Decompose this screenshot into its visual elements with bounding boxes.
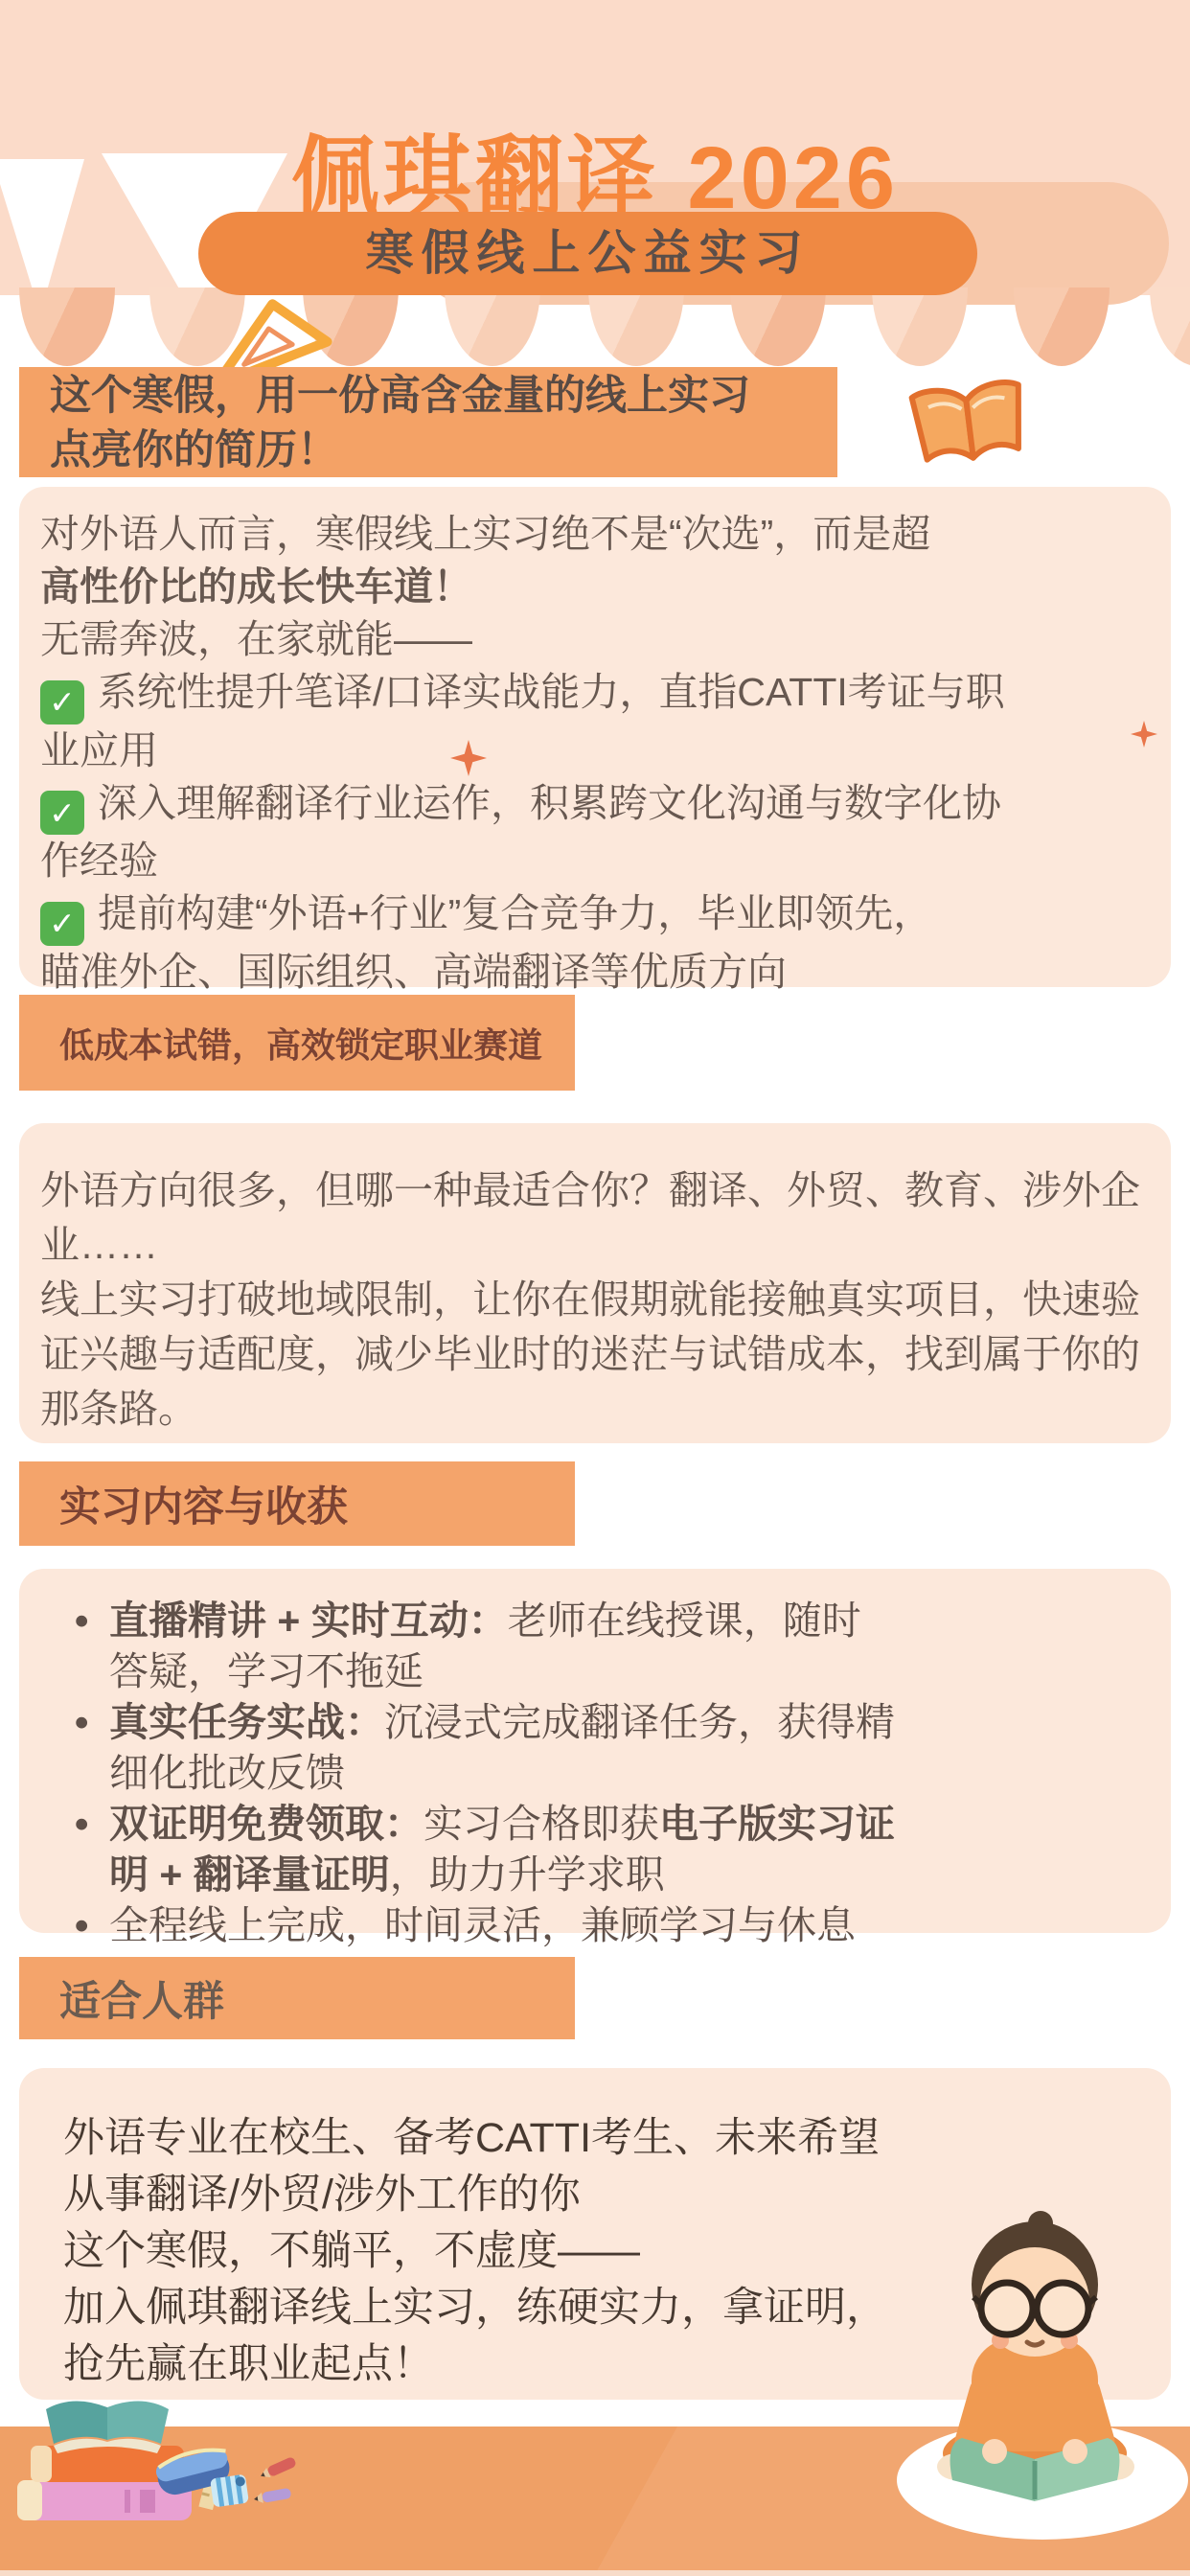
text-segment: 直播精讲 + 实时互动：老师在线授课，随时 <box>109 1596 861 1646</box>
text-line: 线上实习打破地域限制，让你在假期就能接触真实项目，快速验 <box>40 1273 1156 1327</box>
scallop-decoration <box>1150 287 1190 366</box>
text-line: 业…… <box>40 1218 1156 1273</box>
career-banner: 低成本试错，高效锁定职业赛道 <box>19 995 575 1091</box>
internship-panel: • 直播精讲 + 实时互动：老师在线授课，随时 答疑，学习不拖延 • 真实任务实… <box>19 1569 1171 1933</box>
text-line: 无需奔波，在家就能—— <box>40 613 1156 666</box>
scallop-decoration <box>19 287 115 366</box>
scallop-decoration <box>872 287 968 366</box>
check-icon: ✓ <box>40 791 84 835</box>
text-line: ✓系统性提升笔译/口译实战能力，直指CATTI考证与职 <box>40 666 1156 724</box>
audience-banner-label: 适合人群 <box>59 1969 224 2028</box>
reading-boy-illustration <box>881 2196 1188 2541</box>
hook-line: 点亮你的简历！ <box>50 424 837 478</box>
text-segment: 系统性提升笔译/口译实战能力，直指CATTI考证与职 <box>98 670 1005 714</box>
text-segment: 提前构建“外语+行业”复合竞争力，毕业即领先， <box>98 891 932 935</box>
poster-page: 佩琪翻译 2026 寒假线上公益实习 这个寒假，用一份高含金量的线上实习 点亮你… <box>0 0 1190 2576</box>
text-segment: 深入理解翻译行业运作，积累跨文化沟通与数字化协 <box>98 781 1001 825</box>
bullet-dot: • <box>75 1697 109 1748</box>
bullet-line: • 直播精讲 + 实时互动：老师在线授课，随时 <box>75 1596 1159 1646</box>
text-line: 高性价比的成长快车道！ <box>40 561 1156 613</box>
pencil-illustration <box>257 2457 301 2482</box>
text-segment: 双证明免费领取： <box>109 1802 423 1846</box>
text-segment: 真实任务实战： <box>109 1700 384 1744</box>
internship-banner-label: 实习内容与收获 <box>59 1475 348 1533</box>
text-line: 外语专业在校生、备考CATTI考生、未来希望 <box>63 2110 1154 2167</box>
pencil-illustration <box>251 2486 295 2509</box>
career-banner-label: 低成本试错，高效锁定职业赛道 <box>59 1019 542 1068</box>
text-segment: ，助力升学求职 <box>390 1852 665 1897</box>
text-line: ✓提前构建“外语+行业”复合竞争力，毕业即领先， <box>40 887 1156 946</box>
text-line: 细化批改反馈 <box>75 1748 1159 1799</box>
text-line: 对外语人而言，寒假线上实习绝不是“次选”，而是超 <box>40 508 1156 561</box>
check-icon: ✓ <box>40 680 84 724</box>
text-segment: 沉浸式完成翻译任务，获得精 <box>384 1700 895 1744</box>
bullet-line: • 双证明免费领取：实习合格即获电子版实习证 <box>75 1799 1159 1850</box>
bullet-line: • 全程线上完成，时间灵活，兼顾学习与休息 <box>75 1900 1159 1951</box>
sparkle-icon <box>1131 721 1157 747</box>
text-segment: 明 + 翻译量证明 <box>109 1852 390 1897</box>
bullet-line: • 真实任务实战：沉浸式完成翻译任务，获得精 <box>75 1697 1159 1748</box>
open-book-icon <box>906 378 1033 479</box>
sparkle-icon <box>450 740 487 776</box>
bullet-dot: • <box>75 1900 109 1951</box>
event-pill-label: 寒假线上公益实习 <box>366 226 811 280</box>
text-line: 答疑，学习不拖延 <box>75 1646 1159 1697</box>
check-icon: ✓ <box>40 902 84 946</box>
event-pill: 寒假线上公益实习 <box>198 212 977 295</box>
text-segment: 老师在线授课，随时 <box>508 1598 861 1643</box>
text-segment: 双证明免费领取：实习合格即获电子版实习证 <box>109 1799 895 1850</box>
text-segment: 真实任务实战：沉浸式完成翻译任务，获得精 <box>109 1697 895 1748</box>
text-line: 证兴趣与适配度，减少毕业时的迷茫与试错成本，找到属于你的 <box>40 1327 1156 1382</box>
text-line: 瞄准外企、国际组织、高端翻译等优质方向 <box>40 946 1156 999</box>
internship-banner: 实习内容与收获 <box>19 1461 575 1546</box>
bullet-dot: • <box>75 1596 109 1646</box>
text-line: 外语方向很多，但哪一种最适合你？翻译、外贸、教育、涉外企 <box>40 1163 1156 1218</box>
text-segment: 直播精讲 + 实时互动： <box>109 1598 508 1643</box>
career-panel: 外语方向很多，但哪一种最适合你？翻译、外贸、教育、涉外企 业…… 线上实习打破地… <box>19 1123 1171 1443</box>
text-line: 那条路。 <box>40 1382 1156 1437</box>
text-line: ✓深入理解翻译行业运作，积累跨文化沟通与数字化协 <box>40 777 1156 836</box>
hook-line: 这个寒假，用一份高含金量的线上实习 <box>50 369 837 424</box>
scallop-decoration <box>588 287 684 366</box>
sharpener-illustration <box>209 2471 251 2511</box>
text-segment: 电子版实习证 <box>659 1802 895 1846</box>
scallop-decoration <box>445 287 540 366</box>
bottom-strip <box>0 2570 1190 2576</box>
text-line: 业应用 <box>40 724 1156 777</box>
intro-panel: 对外语人而言，寒假线上实习绝不是“次选”，而是超 高性价比的成长快车道！ 无需奔… <box>19 487 1171 987</box>
text-segment: 实习合格即获 <box>423 1802 659 1846</box>
scallop-decoration <box>1014 287 1110 366</box>
bullet-dot: • <box>75 1799 109 1850</box>
hook-highlight: 这个寒假，用一份高含金量的线上实习 点亮你的简历！ <box>19 367 837 477</box>
audience-banner: 适合人群 <box>19 1957 575 2039</box>
text-line: 作经验 <box>40 835 1156 887</box>
scallop-decoration <box>730 287 826 366</box>
text-segment: 全程线上完成，时间灵活，兼顾学习与休息 <box>109 1900 856 1951</box>
text-line: 明 + 翻译量证明，助力升学求职 <box>75 1850 1159 1900</box>
